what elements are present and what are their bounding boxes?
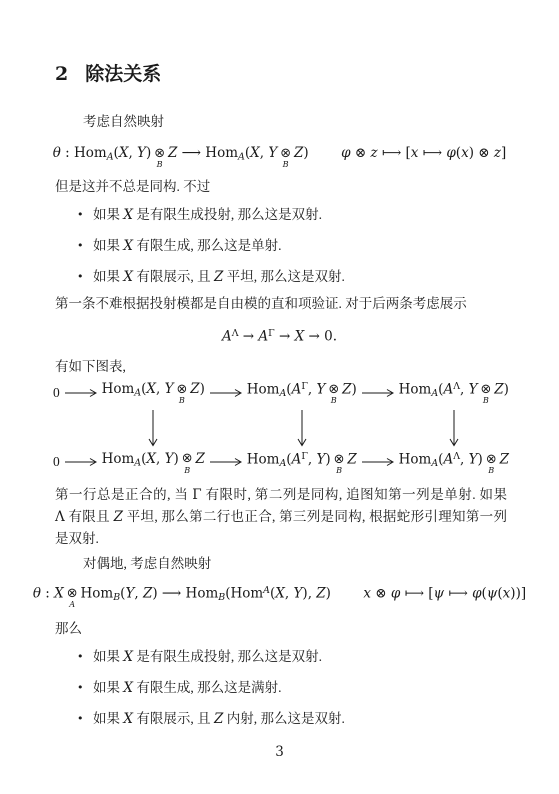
diagram-term: HomA(AΛ, Y)⊗BZ xyxy=(399,451,509,475)
math-token: 内射, 那么这是双射. xyxy=(223,711,345,726)
right-arrow-icon xyxy=(64,388,98,398)
diagram-term: HomA(AΓ, Y⊗BZ) xyxy=(247,381,357,405)
commutative-diagram: 0 HomA(X, Y⊗BZ) HomA(AΓ, Y⊗BZ) HomA(AΛ, … xyxy=(53,381,509,474)
math-token: 如果 xyxy=(93,649,123,664)
otimes-symbol: ⊗ xyxy=(182,453,193,465)
math-token: Z xyxy=(316,586,325,602)
otimes-under-label: B xyxy=(481,396,492,404)
bullet-icon: • xyxy=(77,709,83,729)
right-arrow-icon xyxy=(209,388,243,398)
math-token: Z xyxy=(294,145,303,161)
math-token: : Hom xyxy=(61,145,107,161)
otimes-under-icon: ⊗B xyxy=(182,453,193,473)
math-token: A xyxy=(258,329,268,345)
paragraph-intro: 考虑自然映射 xyxy=(83,112,164,132)
math-token: A xyxy=(443,382,453,398)
list-item-text: 如果 X 是有限生成投射, 那么这是双射. xyxy=(93,647,322,667)
math-token: Z xyxy=(168,145,177,161)
math-token: Hom xyxy=(81,586,114,602)
bullet-icon: • xyxy=(77,267,83,287)
math-token: ⟼ [ xyxy=(378,145,411,161)
otimes-under-label: B xyxy=(154,160,165,168)
math-token: Λ xyxy=(453,451,460,462)
math-token: ), xyxy=(302,586,316,602)
right-arrow-icon xyxy=(361,388,395,398)
math-token: , xyxy=(285,586,294,602)
math-token: , xyxy=(460,451,469,467)
math-token: ) xyxy=(303,145,308,161)
otimes-under-icon: ⊗B xyxy=(486,454,497,474)
list-item: • 如果 X 有限生成, 那么这是满射. xyxy=(77,678,507,698)
math-token: Z xyxy=(500,451,509,467)
math-token: Γ xyxy=(192,487,201,503)
paragraph-diagram-note: 有如下图表, xyxy=(55,357,126,377)
math-token: 有限展示, 且 xyxy=(133,269,214,284)
math-token: 有限生成, 那么这是满射. xyxy=(133,680,282,695)
math-token: Y xyxy=(137,145,146,161)
math-token: A xyxy=(292,382,302,398)
math-token: A xyxy=(222,329,232,345)
math-token: ⟼ [ xyxy=(400,586,433,602)
math-token: → xyxy=(275,329,295,345)
diagram-spacer xyxy=(53,405,60,451)
list-item: • 如果 X 有限展示, 且 Z 内射, 那么这是双射. xyxy=(77,709,507,729)
otimes-symbol: ⊗ xyxy=(154,148,165,160)
math-token: A xyxy=(107,151,114,162)
math-token: X xyxy=(123,207,133,223)
math-token: 如果 xyxy=(93,711,123,726)
diagram-grid: 0 HomA(X, Y⊗BZ) HomA(AΓ, Y⊗BZ) HomA(AΛ, … xyxy=(53,381,509,474)
math-token: x xyxy=(363,586,371,602)
list-item-text: 如果 X 是有限生成投射, 那么这是双射. xyxy=(93,205,322,225)
math-token: z xyxy=(494,145,501,161)
math-token: ) xyxy=(174,451,179,467)
math-token: Λ xyxy=(232,328,239,339)
math-token: ) xyxy=(200,381,205,397)
math-token: ) ⊗ xyxy=(469,145,494,161)
math-token: θ xyxy=(53,145,61,161)
math-token: Y xyxy=(316,382,325,398)
math-token: Hom xyxy=(399,451,432,467)
math-token: φ xyxy=(446,145,455,161)
math-token: 有限生成, 那么这是单射. xyxy=(133,238,282,253)
otimes-under-label: B xyxy=(334,466,345,474)
section-number: 2 xyxy=(55,61,68,87)
math-token: ) xyxy=(504,382,509,398)
paragraph-presentation-note: 第一条不难根据投射模都是自由模的直和项验证. 对于后两条考虑展示 xyxy=(55,293,510,314)
math-token: θ xyxy=(33,586,41,602)
paragraph-line: Λ 有限且 Z 平坦, 那么第二行也正合, 第三列是同构, 根据蛇形引理知第一列 xyxy=(55,506,507,528)
down-arrow-icon xyxy=(247,405,357,451)
paragraph-line: 第一行总是正合的, 当 Γ 有限时, 第二列是同构, 追图知第一列是单射. 如果 xyxy=(55,484,507,506)
math-token: , xyxy=(134,586,143,602)
paragraph-dual: 对偶地, 考虑自然映射 xyxy=(83,554,211,574)
list-item: • 如果 X 有限生成, 那么这是单射. xyxy=(77,236,507,256)
math-token: ⟶ Hom xyxy=(177,145,238,161)
otimes-under-icon: ⊗B xyxy=(177,384,188,404)
math-token: ) xyxy=(326,586,331,602)
math-token: X xyxy=(123,649,133,665)
math-token: ) xyxy=(352,382,357,398)
math-token: X xyxy=(123,680,133,696)
otimes-under-icon: ⊗B xyxy=(280,148,291,168)
math-token: A xyxy=(443,451,453,467)
display-formula-presentation: AΛ → AΓ → X → 0. xyxy=(0,328,559,345)
math-token: Z xyxy=(214,269,223,285)
math-token: Z xyxy=(342,382,351,398)
bullet-icon: • xyxy=(77,236,83,256)
math-token: ) ⟶ Hom xyxy=(152,586,218,602)
list-item: • 如果 X 有限展示, 且 Z 平坦, 那么这是双射. xyxy=(77,267,507,287)
otimes-under-label: B xyxy=(182,466,193,474)
diagram-term: HomA(X, Y)⊗BZ xyxy=(102,451,205,474)
math-token: 有限且 xyxy=(65,509,114,524)
math-token: 有限展示, 且 xyxy=(133,711,214,726)
math-token: ⊗ xyxy=(351,145,371,161)
down-arrow-icon xyxy=(399,405,509,451)
diagram-zero: 0 xyxy=(53,385,60,401)
math-token: Y xyxy=(268,145,277,161)
math-token: → xyxy=(239,329,259,345)
list-item: • 如果 X 是有限生成投射, 那么这是双射. xyxy=(77,647,507,667)
list-item-text: 如果 X 有限展示, 且 Z 内射, 那么这是双射. xyxy=(93,709,345,729)
otimes-under-label: B xyxy=(280,160,291,168)
math-token: X xyxy=(123,238,133,254)
math-token: X xyxy=(295,329,305,345)
math-token: Z xyxy=(190,381,199,397)
math-token: Y xyxy=(469,451,478,467)
otimes-under-icon: ⊗B xyxy=(481,384,492,404)
math-token: Y xyxy=(165,451,174,467)
math-token: A xyxy=(292,451,302,467)
diagram-term: HomA(AΛ, Y⊗BZ) xyxy=(399,381,509,405)
math-token: Hom xyxy=(102,451,135,467)
math-token: ψ xyxy=(487,586,498,602)
document-page: 2除法关系 考虑自然映射 θ : HomA(X, Y)⊗BZ ⟶ HomA(X,… xyxy=(0,0,559,794)
math-token: Z xyxy=(143,586,152,602)
otimes-under-icon: ⊗B xyxy=(334,454,345,474)
math-token: ))] xyxy=(510,586,526,602)
math-token: , xyxy=(128,145,137,161)
math-token: 如果 xyxy=(93,207,123,222)
math-token: Y xyxy=(469,382,478,398)
math-token: X xyxy=(146,381,156,397)
math-token: , xyxy=(156,381,165,397)
math-token: Hom xyxy=(247,382,280,398)
math-token: x xyxy=(461,145,469,161)
list-item-text: 如果 X 有限生成, 那么这是单射. xyxy=(93,236,282,256)
paragraph-line: 是双射. xyxy=(55,528,507,549)
list-item-text: 如果 X 有限生成, 那么这是满射. xyxy=(93,678,282,698)
diagram-spacer xyxy=(361,405,395,451)
math-token: X xyxy=(123,711,133,727)
paragraph-exactness: 第一行总是正合的, 当 Γ 有限时, 第二列是同构, 追图知第一列是单射. 如果… xyxy=(55,484,507,549)
math-token: X xyxy=(54,586,64,602)
math-token: (Hom xyxy=(225,586,263,602)
math-token: z xyxy=(370,145,377,161)
math-token: 如果 xyxy=(93,269,123,284)
otimes-under-label: B xyxy=(177,396,188,404)
math-token: Z xyxy=(114,509,123,525)
math-token: 是双射. xyxy=(55,531,99,546)
diagram-zero: 0 xyxy=(53,454,60,470)
right-arrow-icon xyxy=(209,457,243,467)
diagram-term: HomA(X, Y⊗BZ) xyxy=(102,381,205,404)
math-token: 是有限生成投射, 那么这是双射. xyxy=(133,649,322,664)
math-token: X xyxy=(275,586,285,602)
bullet-icon: • xyxy=(77,647,83,667)
diagram-term: HomA(AΓ, Y)⊗BZ xyxy=(247,451,357,475)
diagram-spacer xyxy=(64,405,98,451)
math-token: ⊗ xyxy=(371,586,391,602)
diagram-spacer xyxy=(209,405,243,451)
bullet-icon: • xyxy=(77,205,83,225)
math-token: Z xyxy=(214,711,223,727)
list-item-text: 如果 X 有限展示, 且 Z 平坦, 那么这是双射. xyxy=(93,267,345,287)
math-token: Y xyxy=(165,381,174,397)
display-formula-theta1: θ : HomA(X, Y)⊗BZ ⟶ HomA(X, Y⊗BZ)φ ⊗ z ⟼… xyxy=(0,145,559,168)
otimes-under-icon: ⊗A xyxy=(67,588,78,608)
otimes-under-label: A xyxy=(67,600,78,608)
otimes-under-label: B xyxy=(486,466,497,474)
math-token: 第一行总是正合的, 当 xyxy=(55,487,192,502)
section-heading: 2除法关系 xyxy=(55,61,161,88)
math-token: X xyxy=(146,451,156,467)
math-token: 如果 xyxy=(93,680,123,695)
math-token: ) xyxy=(325,451,330,467)
math-token: Hom xyxy=(102,381,135,397)
math-token: ⟼ xyxy=(444,586,472,602)
otimes-symbol: ⊗ xyxy=(280,148,291,160)
math-token: 有限时, 第二列是同构, 追图知第一列是单射. 如果 xyxy=(202,487,507,502)
math-token: φ xyxy=(472,586,481,602)
math-token: φ xyxy=(391,586,400,602)
paragraph-then: 那么 xyxy=(55,619,82,639)
math-token: Λ xyxy=(55,509,65,525)
math-token: 平坦, 那么这是双射. xyxy=(223,269,345,284)
bullet-list-second: • 如果 X 是有限生成投射, 那么这是双射. • 如果 X 有限生成, 那么这… xyxy=(77,647,507,740)
otimes-under-icon: ⊗B xyxy=(328,384,339,404)
down-arrow-icon xyxy=(102,405,205,451)
otimes-under-icon: ⊗B xyxy=(154,148,165,168)
math-token: Z xyxy=(347,451,356,467)
list-item: • 如果 X 是有限生成投射, 那么这是双射. xyxy=(77,205,507,225)
page-number: 3 xyxy=(0,744,559,760)
section-title: 除法关系 xyxy=(85,64,161,85)
math-token: X xyxy=(123,269,133,285)
math-token: 平坦, 那么第二行也正合, 第三列是同构, 根据蛇形引理知第一列 xyxy=(123,509,507,524)
math-token: ) xyxy=(478,451,483,467)
math-token: 是有限生成投射, 那么这是双射. xyxy=(133,207,322,222)
otimes-under-label: B xyxy=(328,396,339,404)
math-token: A xyxy=(263,585,270,596)
math-token: Hom xyxy=(247,451,280,467)
right-arrow-icon xyxy=(64,457,98,467)
math-token: ) xyxy=(146,145,151,161)
math-token: A xyxy=(238,151,245,162)
math-token: φ xyxy=(341,145,350,161)
math-token: , xyxy=(460,382,469,398)
math-token: ψ xyxy=(434,586,445,602)
math-token: Z xyxy=(196,451,205,467)
math-token: Z xyxy=(494,382,503,398)
math-token: ] xyxy=(501,145,506,161)
math-token: Λ xyxy=(453,381,460,392)
bullet-list-first: • 如果 X 是有限生成投射, 那么这是双射. • 如果 X 有限生成, 那么这… xyxy=(77,205,507,298)
math-token: → 0. xyxy=(304,329,337,345)
display-formula-theta2: θ : X⊗AHomB(Y, Z) ⟶ HomB(HomA(X, Y), Z)x… xyxy=(0,585,559,609)
math-token: X xyxy=(119,145,129,161)
math-token: , xyxy=(156,451,165,467)
paragraph-not-isomorphism: 但是这并不总是同构. 不过 xyxy=(55,177,210,197)
math-token: Hom xyxy=(399,382,432,398)
math-token: X xyxy=(250,145,260,161)
math-token: : xyxy=(41,586,54,602)
math-token: ⟼ xyxy=(418,145,446,161)
math-token: 如果 xyxy=(93,238,123,253)
right-arrow-icon xyxy=(361,457,395,467)
bullet-icon: • xyxy=(77,678,83,698)
